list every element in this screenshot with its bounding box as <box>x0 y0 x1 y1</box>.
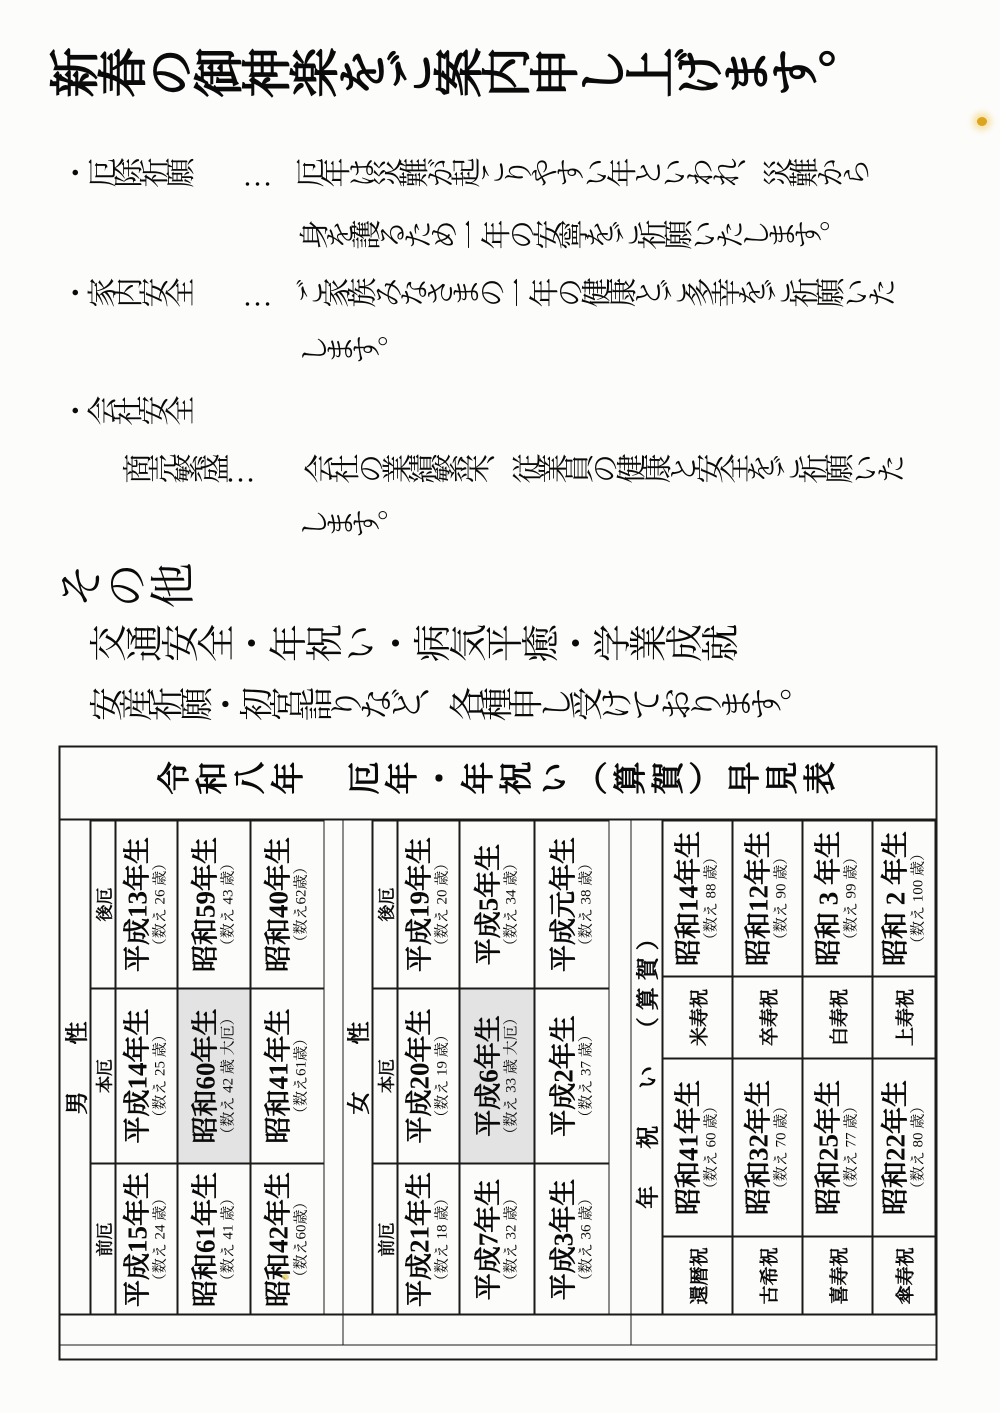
birth-year: 昭和60年生 <box>191 1008 219 1143</box>
table-cell: 平成13年生（数え 26 歳） <box>115 820 177 988</box>
announcement-title: 新春の御神楽をご案内申し上げます。 <box>48 51 864 101</box>
table-cell: 昭和 3 年生（数え 99 歳） <box>802 820 872 976</box>
table-cell: 平成19年生（数え 20 歳） <box>397 820 459 988</box>
counted-age: （数え 90 歳） <box>773 849 790 947</box>
table-cell: 昭和22年生（数え 80 歳） <box>872 1058 935 1236</box>
counted-age: （数え 70 歳） <box>773 1098 790 1196</box>
table-cell: 昭和14年生（数え 88 歳） <box>662 820 732 976</box>
counted-age: （数え 100 歳） <box>910 846 927 951</box>
bullet-kanai-line1: ・家内安全 … ご家族みなさまの一年の健康とご多幸をご祈願いた <box>60 281 892 311</box>
table-cell: 平成15年生（数え 24 歳） <box>115 1163 177 1315</box>
counted-age: （数え 99 歳） <box>843 849 860 947</box>
birth-year: 平成14年生 <box>123 1008 151 1143</box>
scan-artifact-dot <box>282 1274 289 1280</box>
birth-year: 昭和22年生 <box>881 1080 909 1215</box>
counted-age: （数え62歳） <box>293 859 310 949</box>
celebration-label: 還暦祝 <box>662 1236 732 1315</box>
birth-year: 平成20年生 <box>405 1008 433 1143</box>
counted-age: （数え 60 歳） <box>703 1098 720 1196</box>
table-cell: 昭和41年生（数え61歳） <box>250 988 324 1163</box>
female-col-header-honyaku: 本厄 <box>372 988 397 1163</box>
birth-year: 昭和41年生 <box>674 1080 702 1215</box>
birth-year: 平成5年生 <box>474 843 502 965</box>
bullet-kanai-line2: します。 <box>298 338 402 368</box>
birth-year: 昭和 3 年生 <box>814 831 842 966</box>
female-col-header-atoyaku: 後厄 <box>372 820 397 988</box>
birth-year: 平成3年生 <box>549 1178 577 1300</box>
counted-age: （数え 20 歳） <box>434 855 451 953</box>
birth-year: 平成19年生 <box>405 837 433 972</box>
table-title-column: 令和八年 厄年・年祝い（算賀）早見表 <box>60 743 935 820</box>
counted-age: （数え60歳） <box>293 1194 310 1284</box>
table-cell: 昭和59年生（数え 43 歳） <box>177 820 250 988</box>
birth-year: 平成元年生 <box>549 837 577 972</box>
celebration-label: 喜寿祝 <box>802 1236 872 1315</box>
birth-year: 昭和12年生 <box>744 831 772 966</box>
birth-year: 平成6年生 <box>474 1015 502 1137</box>
bullet-kaisha-line3: します。 <box>298 512 402 542</box>
counted-age: （数え 18 歳） <box>434 1190 451 1288</box>
celebration-label: 白寿祝 <box>802 976 872 1058</box>
birth-year: 昭和32年生 <box>744 1080 772 1215</box>
yakudoshi-table: 令和八年 厄年・年祝い（算賀）早見表 男 性 前厄 本厄 後厄 平成15年生（数… <box>58 745 937 1360</box>
bullet-kaisha-line1: ・会社安全 <box>60 399 190 429</box>
male-col-header-honyaku: 本厄 <box>90 988 115 1163</box>
table-cell: 昭和25年生（数え 77 歳） <box>802 1058 872 1236</box>
table-cell: 平成元年生（数え 38 歳） <box>534 820 609 988</box>
counted-age: （数え 34 歳） <box>503 855 520 953</box>
birth-year: 平成21年生 <box>405 1172 433 1307</box>
counted-age: （数え 77 歳） <box>843 1098 860 1196</box>
celebration-label: 米寿祝 <box>662 976 732 1058</box>
counted-age: （数え 37 歳） <box>578 1027 595 1125</box>
bullet-kaisha-line2: 商売繁盛… 会社の業績繁栄、従業員の健康と安全をご祈願いた <box>121 457 901 487</box>
counted-age: （数え 41 歳） <box>220 1190 237 1288</box>
bullet-yakuyoke-line2: 身を護るため一年の安寧をご祈願いたします。 <box>298 223 844 253</box>
table-cell: 昭和41年生（数え 60 歳） <box>662 1058 732 1236</box>
table-cell-daiyaku: 昭和60年生（数え 42 歳 大厄） <box>177 988 250 1163</box>
other-line1: 交通安全・年祝い・病気平癒・学業成就 <box>88 628 736 666</box>
counted-age: （数え 26 歳） <box>152 855 169 953</box>
table-cell: 昭和12年生（数え 90 歳） <box>732 820 802 976</box>
male-col-header-maeyaku: 前厄 <box>90 1163 115 1315</box>
table-cell: 昭和42年生（数え60歳） <box>250 1163 324 1315</box>
table-cell: 昭和40年生（数え62歳） <box>250 820 324 988</box>
birth-year: 平成13年生 <box>123 837 151 972</box>
birth-year: 昭和61年生 <box>191 1172 219 1307</box>
birth-year: 平成2年生 <box>549 1015 577 1137</box>
celebration-label: 卒寿祝 <box>732 976 802 1058</box>
table-cell: 昭和 2 年生（数え 100 歳） <box>872 820 935 976</box>
female-col-header-maeyaku: 前厄 <box>372 1163 397 1315</box>
celebration-label: 傘寿祝 <box>872 1236 935 1315</box>
scanned-page: 新春の御神楽をご案内申し上げます。 ・厄除祈願 … 厄年は災難が起こりやすい年と… <box>0 0 1000 1413</box>
birth-year: 昭和42年生 <box>264 1172 292 1307</box>
bullet-yakuyoke-line1: ・厄除祈願 … 厄年は災難が起こりやすい年といわれ、災難から <box>60 161 866 191</box>
male-col-header-atoyaku: 後厄 <box>90 820 115 988</box>
male-section-header: 男 性 <box>60 820 90 1315</box>
table-cell-daiyaku: 平成6年生（数え 33 歳 大厄） <box>459 988 534 1163</box>
birth-year: 昭和14年生 <box>674 831 702 966</box>
table-cell: 昭和61年生（数え 41 歳） <box>177 1163 250 1315</box>
counted-age: （数え 36 歳） <box>578 1190 595 1288</box>
counted-age: （数え61歳） <box>293 1031 310 1121</box>
table-title: 令和八年 厄年・年祝い（算賀）早見表 <box>156 757 840 804</box>
table-cell: 平成3年生（数え 36 歳） <box>534 1163 609 1315</box>
birth-year: 昭和59年生 <box>191 837 219 972</box>
counted-age: （数え 24 歳） <box>152 1190 169 1288</box>
birth-year: 昭和41年生 <box>264 1008 292 1143</box>
counted-age: （数え 32 歳） <box>503 1190 520 1288</box>
counted-age: （数え 80 歳） <box>910 1098 927 1196</box>
female-section-header: 女 性 <box>342 820 372 1315</box>
counted-age: （数え 38 歳） <box>578 855 595 953</box>
celebration-label: 古希祝 <box>732 1236 802 1315</box>
birth-year: 平成7年生 <box>474 1178 502 1300</box>
document-stage: 新春の御神楽をご案内申し上げます。 ・厄除祈願 … 厄年は災難が起こりやすい年と… <box>0 0 1000 1413</box>
scan-artifact-dot <box>977 117 987 126</box>
toshiiwai-section-header: 年 祝 い （算賀） <box>630 820 662 1315</box>
celebration-label: 上寿祝 <box>872 976 935 1058</box>
other-heading: その他 <box>56 566 194 612</box>
counted-age: （数え 19 歳） <box>434 1027 451 1125</box>
counted-age: （数え 33 歳 大厄） <box>503 1010 520 1141</box>
table-cell: 平成7年生（数え 32 歳） <box>459 1163 534 1315</box>
birth-year: 昭和25年生 <box>814 1080 842 1215</box>
counted-age: （数え 42 歳 大厄） <box>220 1010 237 1141</box>
table-cell: 平成14年生（数え 25 歳） <box>115 988 177 1163</box>
birth-year: 平成15年生 <box>123 1172 151 1307</box>
table-cell: 平成2年生（数え 37 歳） <box>534 988 609 1163</box>
birth-year: 昭和40年生 <box>264 837 292 972</box>
counted-age: （数え 43 歳） <box>220 855 237 953</box>
table-gutter-line-outer <box>60 1344 935 1345</box>
other-line2: 安産祈願・初宮詣りなど、各種申し受けております。 <box>88 691 808 725</box>
table-cell: 平成5年生（数え 34 歳） <box>459 820 534 988</box>
table-cell: 平成20年生（数え 19 歳） <box>397 988 459 1163</box>
table-cell: 平成21年生（数え 18 歳） <box>397 1163 459 1315</box>
table-cell: 昭和32年生（数え 70 歳） <box>732 1058 802 1236</box>
counted-age: （数え 25 歳） <box>152 1027 169 1125</box>
birth-year: 昭和 2 年生 <box>881 831 909 966</box>
counted-age: （数え 88 歳） <box>703 849 720 947</box>
